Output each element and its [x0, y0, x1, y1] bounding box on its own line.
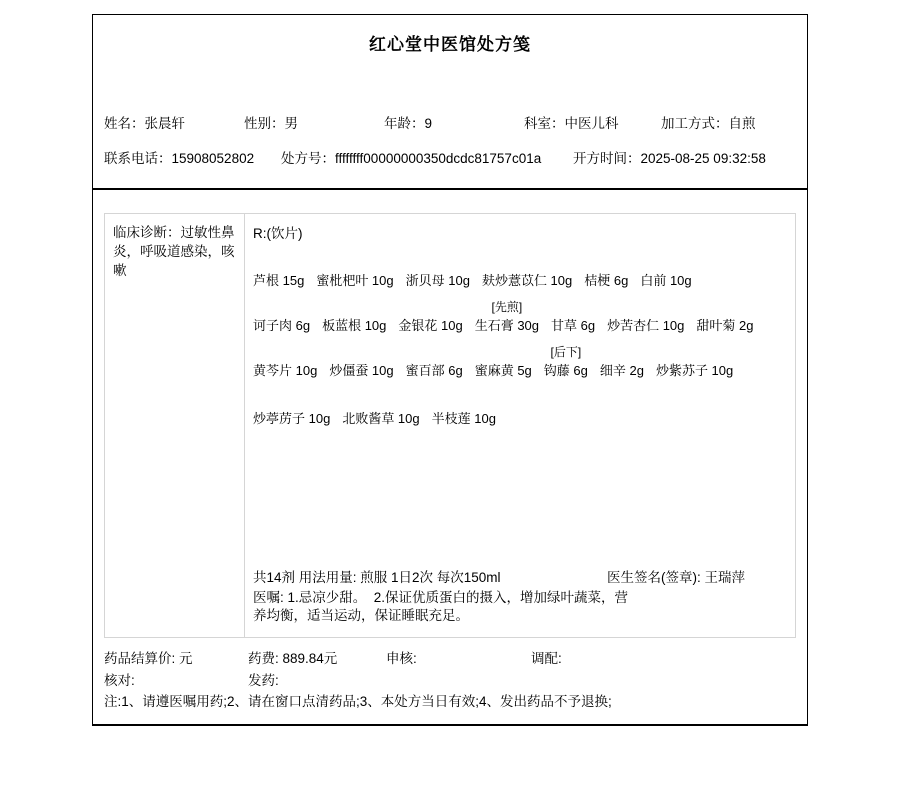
- herb-item: 浙贝母 10g: [406, 271, 470, 291]
- gender-label: 性别：: [244, 116, 285, 131]
- department-value: 中医儿科: [565, 116, 619, 131]
- decoction-marker: [后下]: [550, 344, 581, 361]
- footer-row-2: 核对: 发药:: [104, 669, 796, 691]
- audit-field: 申核:: [386, 647, 417, 667]
- issue-time-label: 开方时间：: [573, 151, 641, 166]
- herb-list: 芦根 15g蜜枇杷叶 10g浙贝母 10g麸炒薏苡仁 10g桔梗 6g白前 10…: [253, 271, 787, 437]
- page-title: 红心堂中医馆处方笺: [93, 33, 807, 57]
- dispense-field: 调配:: [531, 647, 562, 667]
- herb-name-dose: 钩藤 6g: [544, 361, 588, 381]
- herb-item: 桔梗 6g: [584, 271, 628, 291]
- name-value: 张晨轩: [145, 116, 186, 131]
- header-divider: [93, 188, 807, 190]
- herb-item: 半枝莲 10g: [432, 409, 496, 429]
- gender-field: 性别：男: [244, 112, 298, 132]
- issue-time-value: 2025-08-25 09:32:58: [641, 151, 766, 166]
- herb-name-dose: 芦根 15g: [253, 271, 304, 291]
- fee-field: 药费: 889.84元: [248, 647, 337, 667]
- department-label: 科室：: [524, 116, 565, 131]
- settle-price-label: 药品结算价:: [104, 651, 175, 666]
- decoction-marker: [先煎]: [492, 299, 523, 316]
- footer: 药品结算价: 元 药费: 889.84元 申核: 调配: 核对: 发药: 注:1…: [104, 647, 796, 712]
- medical-advice: 医嘱: 1.忌凉少甜。 2.保证优质蛋白的摄入，增加绿叶蔬菜，营养均衡，适当运动…: [253, 589, 635, 625]
- settle-price-field: 药品结算价: 元: [104, 647, 193, 667]
- herb-item: 甜叶菊 2g: [696, 316, 753, 336]
- usage-text: 共14剂 用法用量: 煎服 1日2次 每次150ml: [253, 569, 501, 587]
- herb-item: [先煎]生石膏 30g: [475, 299, 539, 336]
- patient-info-row-2: 联系电话：15908052802 处方号：ffffffff00000000350…: [104, 147, 796, 169]
- check-field: 核对:: [104, 669, 135, 689]
- patient-info-row-1: 姓名：张晨轩 性别：男 年龄：9 科室：中医儿科 加工方式：自煎: [104, 112, 796, 147]
- herb-item: 炒葶苈子 10g: [253, 409, 330, 429]
- herb-item: 炒僵蚕 10g: [329, 361, 393, 381]
- diagnosis-label: 临床诊断：: [113, 225, 181, 240]
- gender-value: 男: [285, 116, 299, 131]
- age-field: 年龄：9: [384, 112, 432, 132]
- rx-header: R:(饮片): [253, 224, 787, 244]
- rx-cell: R:(饮片) 芦根 15g蜜枇杷叶 10g浙贝母 10g麸炒薏苡仁 10g桔梗 …: [245, 214, 795, 637]
- rx-number-label: 处方号：: [281, 151, 335, 166]
- usage-line: 共14剂 用法用量: 煎服 1日2次 每次150ml 医生签名(签章): 王瑞萍: [253, 569, 787, 587]
- processing-field: 加工方式：自煎: [661, 112, 756, 132]
- herb-name-dose: 甘草 6g: [551, 316, 595, 336]
- herb-item: 蜜百部 6g: [406, 361, 463, 381]
- herb-item: 白前 10g: [640, 271, 691, 291]
- herb-name-dose: 生石膏 30g: [475, 316, 539, 336]
- footer-row-1: 药品结算价: 元 药费: 889.84元 申核: 调配:: [104, 647, 796, 669]
- diagnosis-cell: 临床诊断：过敏性鼻炎，呼吸道感染，咳嗽: [105, 214, 245, 637]
- herb-name-dose: 炒紫苏子 10g: [656, 361, 733, 381]
- herb-item: 黄芩片 10g: [253, 361, 317, 381]
- herb-item: 芦根 15g: [253, 271, 304, 291]
- herb-item: 北败酱草 10g: [342, 409, 419, 429]
- phone-field: 联系电话：15908052802: [104, 147, 254, 167]
- herb-item: 板蓝根 10g: [322, 316, 386, 336]
- department-field: 科室：中医儿科: [524, 112, 619, 132]
- herb-name-dose: 黄芩片 10g: [253, 361, 317, 381]
- age-label: 年龄：: [384, 116, 425, 131]
- herb-row: 芦根 15g蜜枇杷叶 10g浙贝母 10g麸炒薏苡仁 10g桔梗 6g白前 10…: [253, 271, 787, 291]
- rx-number-value: ffffffff00000000350dcdc81757c01a: [335, 151, 541, 166]
- herb-name-dose: 白前 10g: [640, 271, 691, 291]
- herb-name-dose: 北败酱草 10g: [342, 409, 419, 429]
- herb-name-dose: 麸炒薏苡仁 10g: [482, 271, 572, 291]
- herb-item: 炒苦杏仁 10g: [607, 316, 684, 336]
- footer-note: 注:1、请遵医嘱用药;2、请在窗口点清药品;3、本处方当日有效;4、发出药品不予…: [104, 692, 796, 712]
- herb-item: 金银花 10g: [398, 316, 462, 336]
- herb-name-dose: 蜜麻黄 5g: [475, 361, 532, 381]
- patient-info: 姓名：张晨轩 性别：男 年龄：9 科室：中医儿科 加工方式：自煎 联系电话：15…: [104, 112, 796, 169]
- processing-label: 加工方式：: [661, 116, 729, 131]
- rx-number-field: 处方号：ffffffff00000000350dcdc81757c01a: [281, 147, 541, 167]
- herb-item: 蜜麻黄 5g: [475, 361, 532, 381]
- herb-name-dose: 炒苦杏仁 10g: [607, 316, 684, 336]
- rx-bottom: 共14剂 用法用量: 煎服 1日2次 每次150ml 医生签名(签章): 王瑞萍…: [253, 569, 787, 625]
- herb-name-dose: 甜叶菊 2g: [696, 316, 753, 336]
- herb-name-dose: 半枝莲 10g: [432, 409, 496, 429]
- phone-value: 15908052802: [172, 151, 255, 166]
- herb-name-dose: 桔梗 6g: [584, 271, 628, 291]
- prescription-table: 临床诊断：过敏性鼻炎，呼吸道感染，咳嗽 R:(饮片) 芦根 15g蜜枇杷叶 10…: [104, 213, 796, 638]
- herb-item: 诃子肉 6g: [253, 316, 310, 336]
- herb-item: 蜜枇杷叶 10g: [316, 271, 393, 291]
- name-label: 姓名：: [104, 116, 145, 131]
- herb-item: 炒紫苏子 10g: [656, 361, 733, 381]
- herb-name-dose: 板蓝根 10g: [322, 316, 386, 336]
- prescription-sheet: 红心堂中医馆处方笺 姓名：张晨轩 性别：男 年龄：9 科室：中医儿科 加工方式：…: [92, 14, 808, 726]
- herb-name-dose: 细辛 2g: [600, 361, 644, 381]
- doctor-signature-label: 医生签名(签章):: [607, 570, 705, 585]
- herb-row: 黄芩片 10g炒僵蚕 10g蜜百部 6g蜜麻黄 5g[后下]钩藤 6g细辛 2g…: [253, 344, 787, 381]
- age-value: 9: [425, 116, 433, 131]
- settle-price-value: 元: [179, 651, 193, 666]
- herb-name-dose: 诃子肉 6g: [253, 316, 310, 336]
- herb-name-dose: 蜜枇杷叶 10g: [316, 271, 393, 291]
- herb-name-dose: 炒葶苈子 10g: [253, 409, 330, 429]
- phone-label: 联系电话：: [104, 151, 172, 166]
- herb-name-dose: 浙贝母 10g: [406, 271, 470, 291]
- issue-field: 发药:: [248, 669, 279, 689]
- doctor-signature-field: 医生签名(签章): 王瑞萍: [607, 569, 745, 587]
- issue-time-field: 开方时间：2025-08-25 09:32:58: [573, 147, 766, 167]
- name-field: 姓名：张晨轩: [104, 112, 185, 132]
- doctor-signature-name: 王瑞萍: [705, 570, 746, 585]
- herb-item: 甘草 6g: [551, 316, 595, 336]
- herb-row: 诃子肉 6g板蓝根 10g金银花 10g[先煎]生石膏 30g甘草 6g炒苦杏仁…: [253, 299, 787, 336]
- herb-name-dose: 蜜百部 6g: [406, 361, 463, 381]
- herb-name-dose: 炒僵蚕 10g: [329, 361, 393, 381]
- herb-item: 麸炒薏苡仁 10g: [482, 271, 572, 291]
- herb-item: [后下]钩藤 6g: [544, 344, 588, 381]
- herb-name-dose: 金银花 10g: [398, 316, 462, 336]
- herb-item: 细辛 2g: [600, 361, 644, 381]
- processing-value: 自煎: [729, 116, 756, 131]
- herb-row: 炒葶苈子 10g北败酱草 10g半枝莲 10g: [253, 409, 787, 429]
